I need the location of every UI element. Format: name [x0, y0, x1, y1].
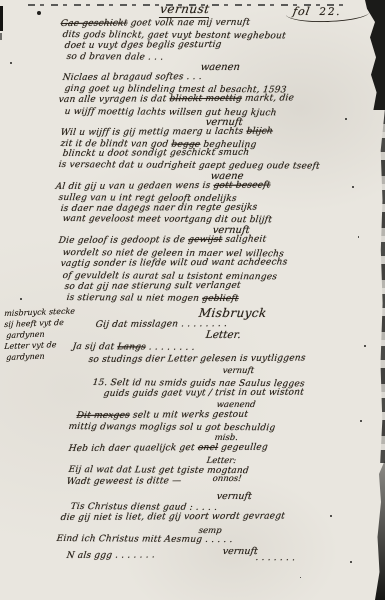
manuscript-line: . . . . . . .	[255, 553, 296, 563]
heading-misbruyck: Misbruyck	[198, 306, 268, 320]
line-text: saligheit	[222, 235, 267, 245]
struck-text: blinckt moettig	[169, 94, 243, 105]
scan-left-edge-mark	[0, 33, 2, 40]
manuscript-page: vernust fol 22. Gae geschickt goet volk …	[0, 0, 385, 600]
manuscript-line: so studings dier Letter gelesen is vuytl…	[88, 353, 306, 365]
manuscript-line: is stierung sal u niet mogen geblieft	[66, 293, 239, 304]
line-text: . . . . . . . .	[145, 342, 195, 352]
manuscript-line: Ja sij dat Langs . . . . . . . .	[72, 342, 195, 353]
ink-speck	[20, 298, 22, 300]
heading-letter: Letter.	[205, 329, 242, 341]
ink-speck	[360, 420, 362, 422]
scan-left-edge-mark	[0, 6, 3, 31]
page-title: vernust	[159, 2, 211, 18]
manuscript-line: is daer nae dagegs naer din regte gesijk…	[60, 203, 258, 214]
struck-text: gewijst	[188, 235, 223, 245]
ink-speck	[330, 515, 332, 517]
line-text: Die geloof is gedoopt is de	[58, 235, 189, 246]
heading-letter: Letter:	[206, 456, 237, 466]
manuscript-line: van alle vyragen is dat blinckt moettig …	[58, 93, 295, 105]
manuscript-line: Niclaes al bragaud softes . . .	[62, 72, 202, 83]
struck-text: Dit mexges	[76, 411, 130, 421]
scan-corner-top-right	[365, 0, 385, 110]
struck-text: Langs	[117, 342, 147, 352]
heading-misb: misb.	[214, 433, 239, 443]
line-text: van alle vyragen is dat	[58, 94, 170, 105]
heading-onnos: onnos!	[212, 474, 242, 484]
ink-speck	[358, 236, 359, 238]
ink-speck	[350, 561, 352, 563]
ink-speck	[10, 62, 12, 64]
struck-text: Gae geschickt	[60, 19, 128, 29]
struck-text: gott beseeft	[213, 181, 271, 191]
margin-note: sij heeft vyt de	[4, 318, 64, 329]
heading-waenend: waenend	[216, 400, 256, 410]
line-text: markt, die	[241, 93, 294, 103]
line-text: Ja sij dat	[72, 342, 118, 352]
struck-text: onel	[197, 443, 218, 453]
manuscript-line: so d braven dale . . .	[66, 52, 164, 63]
margin-note: Letter vyt de	[4, 340, 57, 351]
ink-speck	[364, 345, 366, 347]
manuscript-line: guids guids gaet vuyt / trist in out wis…	[103, 388, 305, 399]
line-text: is stierung sal u niet mogen	[66, 293, 203, 304]
manuscript-line: is versaecht dat u oudrigheit gaept gedu…	[58, 160, 320, 172]
manuscript-line: Die geloof is gedoopt is de gewijst sali…	[58, 235, 267, 246]
line-text: Al dit gij u van u gedaen wens is	[55, 181, 214, 192]
manuscript-line: u wijff moettig lachts willsen gut heug …	[64, 107, 277, 118]
manuscript-line: Wil u wijff is gij mettig maerg u lachts…	[60, 127, 273, 138]
ink-speck	[300, 577, 301, 578]
line-text: Heb ich daer quaelijck get	[68, 443, 198, 454]
scan-right-edge-bottom	[375, 460, 385, 600]
manuscript-line: Heb ich daer quaelijck get onel gegeulle…	[68, 443, 268, 454]
margin-note: gardynen	[6, 330, 45, 340]
manuscript-line: Wadt geweest is ditte —	[66, 476, 182, 487]
folio-underline-flourish	[286, 10, 370, 24]
manuscript-line: blinckt u doot sondigt geschickt smuch	[62, 148, 250, 159]
ink-speck	[37, 11, 41, 15]
line-text: gegeulleg	[217, 443, 268, 453]
struck-text: geblieft	[202, 294, 240, 304]
manuscript-line: Eind ich Christus mitt Aesmug . . . . .	[56, 534, 233, 545]
heading-waenen: waenen	[200, 62, 241, 73]
manuscript-line: so dat gij nae stierung sult verlanget	[64, 281, 241, 292]
manuscript-line: vagtig sonder is liefde wilt oud want ac…	[60, 257, 288, 269]
manuscript-line: Dit mexges selt u mit werks gestout	[76, 410, 249, 421]
struck-text: blijch	[246, 127, 274, 137]
line-text: selt u mit werks gestout	[129, 410, 248, 421]
margin-note: gardynen	[6, 352, 45, 362]
scan-right-edge	[379, 108, 385, 463]
heading-vernuft: vernuft	[216, 491, 252, 502]
heading-vernuft: vernuft	[222, 546, 258, 557]
line-text: Wil u wijff is gij mettig maerg u lachts	[60, 127, 247, 138]
manuscript-line: Gae geschickt goet volk nae mij vernuft	[60, 18, 251, 29]
ink-speck	[352, 186, 354, 188]
manuscript-line: want geveloost meet voortgang dit out bl…	[62, 214, 273, 225]
manuscript-line: die gij niet is liet, diet gij voort wor…	[60, 511, 286, 523]
manuscript-line: Al dit gij u van u gedaen wens is gott b…	[55, 181, 271, 192]
manuscript-line: mittig dwangs mogligs sol u got beschuld…	[68, 422, 276, 433]
ink-speck	[345, 118, 347, 120]
manuscript-line: N als ggg . . . . . . .	[66, 550, 156, 561]
margin-note: misbruyck stecke	[4, 307, 75, 318]
manuscript-line: doet u vuyt dges beglis gesturtig	[64, 40, 222, 51]
heading-vernuft: vernuft	[222, 366, 255, 376]
line-text: goet volk nae mij vernuft	[127, 18, 251, 29]
